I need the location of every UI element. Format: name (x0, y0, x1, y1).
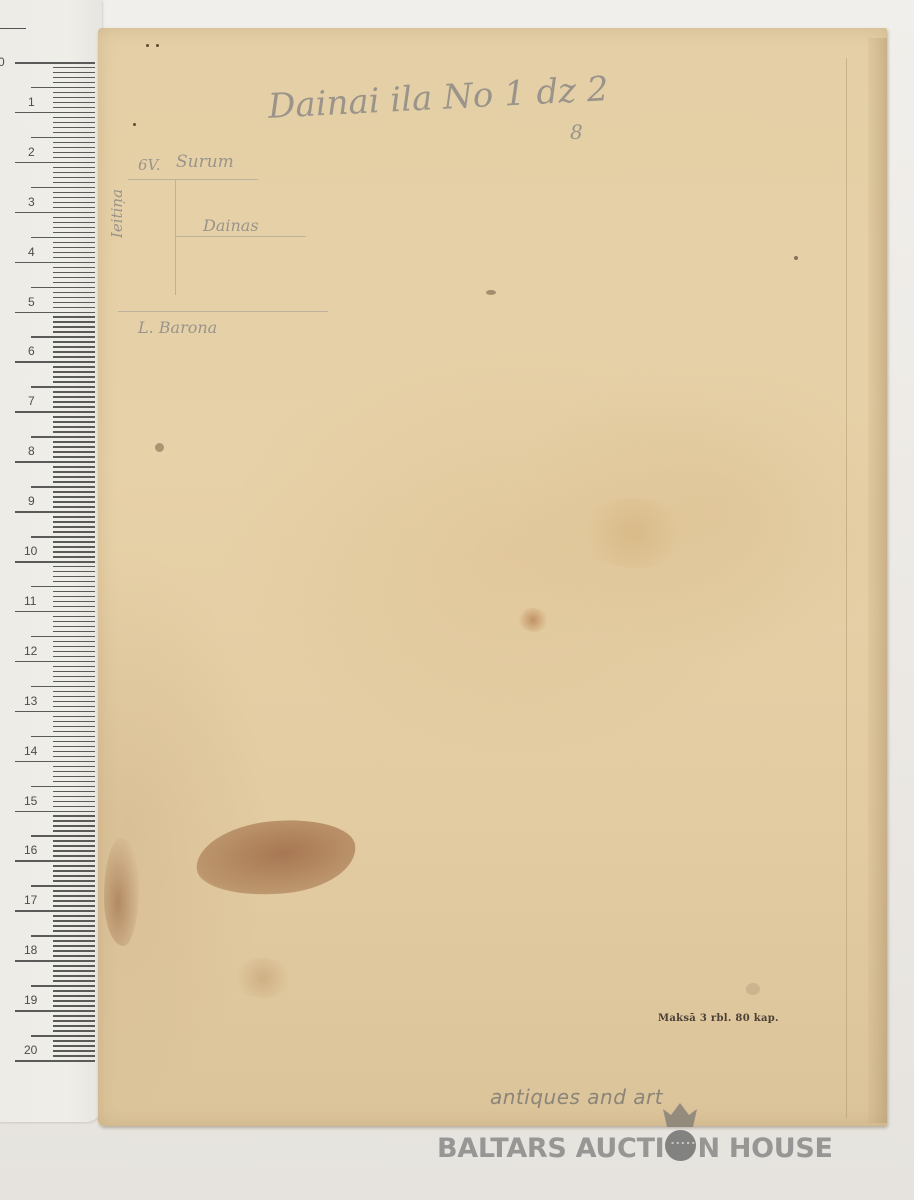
ruler-tick (31, 686, 95, 688)
ruler-tick (15, 411, 95, 413)
ruler-tick (53, 67, 95, 69)
ruler-tick (53, 197, 95, 199)
ruler-tick (53, 82, 95, 84)
ruler-label: 18 (24, 943, 37, 957)
ruler-tick (53, 701, 95, 703)
measuring-ruler: 01234567891011121314151617181920 (0, 0, 102, 1122)
ruler-tick (53, 331, 95, 333)
ruler-tick (53, 1015, 95, 1017)
ruler-tick (53, 601, 95, 603)
ruler-tick (53, 416, 95, 418)
ruler-tick (53, 556, 95, 558)
ruler-tick (53, 581, 95, 583)
ruler-tick (53, 292, 95, 294)
ruler-tick (31, 87, 95, 89)
ruler-tick (53, 177, 95, 179)
ruler-tick (31, 137, 95, 139)
ruler-tick (53, 501, 95, 503)
ruler-tick (53, 521, 95, 523)
ruler-tick (53, 242, 95, 244)
ruler-tick (53, 781, 95, 783)
ruler-tick (31, 187, 95, 189)
ruler-tick (15, 910, 95, 912)
ruler-tick (53, 282, 95, 284)
foxing-spot (486, 290, 496, 295)
ruler-tick (15, 661, 95, 663)
globe-icon (665, 1130, 696, 1161)
watermark-brand-part1: BALTARS AUCTI (437, 1133, 664, 1164)
ruler-tick (53, 257, 95, 259)
ruler-tick (53, 531, 95, 533)
ruler-tick (53, 496, 95, 498)
ruler-tick (53, 875, 95, 877)
pencil-rule (128, 179, 258, 180)
ruler-tick (53, 1050, 95, 1052)
ruler-tick (53, 706, 95, 708)
ruler-tick (53, 840, 95, 842)
ruler-tick (53, 666, 95, 668)
ruler-tick (53, 890, 95, 892)
ruler-tick (53, 391, 95, 393)
ruler-tick (53, 825, 95, 827)
ruler-tick (53, 975, 95, 977)
ruler-tick (53, 651, 95, 653)
ruler-tick (53, 421, 95, 423)
ruler-tick (53, 506, 95, 508)
ruler-tick (53, 232, 95, 234)
ruler-tick (15, 761, 95, 763)
ruler-label: 20 (24, 1043, 37, 1057)
ruler-tick (53, 796, 95, 798)
ruler-tick (53, 326, 95, 328)
ruler-tick (53, 341, 95, 343)
ruler-tick (15, 711, 95, 713)
ruler-tick (53, 1040, 95, 1042)
ruler-tick (31, 436, 95, 438)
ruler-tick (53, 865, 95, 867)
ruler-label: 7 (28, 394, 35, 408)
ruler-tick (53, 925, 95, 927)
ruler-tick (53, 316, 95, 318)
ruler-tick (53, 491, 95, 493)
ruler-tick (53, 571, 95, 573)
cover-fold-line (846, 58, 847, 1118)
ruler-tick (53, 751, 95, 753)
ruler-tick (53, 396, 95, 398)
ruler-tick (53, 801, 95, 803)
watermark-brand-part2: N HOUSE (697, 1133, 832, 1164)
ruler-tick (53, 172, 95, 174)
ruler-tick (53, 756, 95, 758)
ruler-tick (15, 461, 95, 463)
ruler-tick (53, 376, 95, 378)
ruler-tick (15, 112, 95, 114)
ruler-tick (15, 811, 95, 813)
ruler-tick (31, 287, 95, 289)
ruler-tick (53, 995, 95, 997)
ruler-tick (53, 117, 95, 119)
ruler-tick (31, 586, 95, 588)
ruler-tick (53, 1005, 95, 1007)
ruler-tick (53, 207, 95, 209)
ruler-tick (31, 835, 95, 837)
ruler-tick (53, 366, 95, 368)
ruler-tick (53, 726, 95, 728)
book-page-edge (868, 38, 887, 1123)
ruler-tick (53, 776, 95, 778)
ruler-tick (53, 626, 95, 628)
ruler-label: 11 (24, 594, 36, 608)
ruler-tick (53, 346, 95, 348)
handwritten-label-6v: 6V. (138, 156, 161, 174)
ruler-tick (53, 606, 95, 608)
ruler-tick (53, 456, 95, 458)
ruler-tick (53, 940, 95, 942)
ruler-tick (53, 1030, 95, 1032)
edge-stain (104, 838, 139, 946)
ruler-tick (53, 107, 95, 109)
ruler-tick (53, 1025, 95, 1027)
ruler-tick (53, 741, 95, 743)
ruler-tick (53, 591, 95, 593)
ruler-label: 14 (24, 744, 37, 758)
ruler-tick (53, 1020, 95, 1022)
ruler-tick (53, 646, 95, 648)
ruler-tick (15, 1060, 95, 1062)
ruler-label: 1 (28, 95, 35, 109)
small-stain (518, 608, 548, 632)
ruler-tick (53, 771, 95, 773)
ruler-tick (53, 945, 95, 947)
ruler-tick (53, 451, 95, 453)
ruler-tick (53, 696, 95, 698)
ruler-tick (15, 561, 95, 563)
ruler-tick (53, 576, 95, 578)
pencil-rule (176, 236, 306, 237)
ruler-tick (53, 830, 95, 832)
faint-stain (578, 498, 688, 568)
foxing-spot (746, 983, 760, 995)
ruler-tick (53, 222, 95, 224)
ruler-tick (53, 815, 95, 817)
ruler-tick (53, 541, 95, 543)
ruler-tick (53, 426, 95, 428)
ruler-tick (53, 481, 95, 483)
ruler-tick (53, 930, 95, 932)
ruler-label: 3 (28, 195, 35, 209)
ruler-tick (53, 252, 95, 254)
ruler-tick (15, 312, 95, 314)
ruler-tick (53, 920, 95, 922)
ruler-tick (53, 746, 95, 748)
ruler-tick (53, 691, 95, 693)
crown-icon (663, 1103, 697, 1127)
ruler-tick (53, 621, 95, 623)
ruler-tick (15, 860, 95, 862)
ruler-tick (53, 356, 95, 358)
foxing-spot (156, 44, 159, 47)
ruler-tick (53, 351, 95, 353)
ruler-tick (53, 566, 95, 568)
handwritten-dainas: Dainas (203, 216, 259, 235)
handwritten-subscript: 8 (570, 120, 583, 144)
ruler-tick (53, 895, 95, 897)
ruler-label: 16 (24, 843, 37, 857)
ruler-tick (15, 162, 95, 164)
ruler-tick (53, 526, 95, 528)
ruler-label: 19 (24, 993, 37, 1007)
ruler-tick (53, 381, 95, 383)
watermark-tagline: antiques and art (490, 1085, 663, 1109)
ruler-tick (53, 965, 95, 967)
ruler-tick (53, 97, 95, 99)
ruler-tick (53, 267, 95, 269)
ruler-tick (31, 336, 95, 338)
ruler-tick (53, 681, 95, 683)
handwritten-title: Dainai ila No 1 dz 2 (267, 69, 609, 127)
ruler-label: 12 (24, 644, 37, 658)
ruler-tick (53, 476, 95, 478)
water-stain (193, 813, 360, 902)
ruler-tick (53, 900, 95, 902)
ruler-tick (31, 736, 95, 738)
ruler-tick (53, 850, 95, 852)
ruler-tick (53, 820, 95, 822)
faint-stain (233, 958, 293, 998)
ruler-label: 10 (24, 544, 37, 558)
ruler-tick (53, 127, 95, 129)
ruler-tick (53, 147, 95, 149)
ruler-tick (53, 656, 95, 658)
ruler-tick (53, 880, 95, 882)
ruler-tick (53, 1000, 95, 1002)
ruler-tick (53, 446, 95, 448)
ruler-tick (53, 272, 95, 274)
ruler-label: 5 (28, 295, 35, 309)
pencil-rule (118, 311, 328, 312)
ruler-tick (15, 511, 95, 513)
price-label: Maksā 3 rbl. 80 kap. (658, 1013, 779, 1024)
ruler-label: 15 (24, 794, 37, 808)
ruler-label: 4 (28, 245, 35, 259)
ruler-tick (53, 72, 95, 74)
ruler-tick (53, 247, 95, 249)
handwritten-barona: L. Barona (138, 318, 217, 337)
ruler-tick (53, 766, 95, 768)
ruler-label: 8 (28, 444, 35, 458)
ruler-tick (53, 142, 95, 144)
watermark-brand: BALTARS AUCTIN HOUSE (437, 1130, 833, 1164)
ruler-tick (53, 845, 95, 847)
ruler-tick (31, 386, 95, 388)
book-back-cover: Dainai ila No 1 dz 2 8 6V. Surum Dainas … (98, 28, 887, 1126)
ruler-tick (53, 431, 95, 433)
foxing-spot (794, 256, 798, 260)
ruler-tick (53, 277, 95, 279)
ruler-tick (53, 616, 95, 618)
ruler-tick (53, 950, 95, 952)
ruler-tick (53, 855, 95, 857)
ruler-tick (53, 791, 95, 793)
ruler-tick (53, 516, 95, 518)
ruler-tick (53, 721, 95, 723)
ruler-tick (53, 1055, 95, 1057)
ruler-tick (53, 1045, 95, 1047)
ruler-tick (53, 92, 95, 94)
ruler-tick (53, 980, 95, 982)
ruler-tick (53, 990, 95, 992)
ruler-tick (53, 716, 95, 718)
ruler-tick (31, 536, 95, 538)
ruler-tick (53, 132, 95, 134)
ruler-label: 17 (24, 893, 37, 907)
ruler-tick (53, 192, 95, 194)
ruler-tick (31, 237, 95, 239)
ruler-tick (53, 806, 95, 808)
handwritten-vertical: Ieitiņa (108, 189, 126, 238)
ruler-tick (53, 970, 95, 972)
ruler-label: 0 (0, 55, 5, 69)
ruler-tick (53, 371, 95, 373)
ruler-tick (53, 182, 95, 184)
ruler-tick (53, 401, 95, 403)
ruler-tick (31, 885, 95, 887)
ruler-tick (15, 212, 95, 214)
ruler-label: 13 (24, 694, 37, 708)
ruler-tick (53, 596, 95, 598)
ruler-tick (15, 1010, 95, 1012)
ruler-tick (53, 217, 95, 219)
ruler-tick (53, 122, 95, 124)
ruler-tick (53, 297, 95, 299)
ruler-tick (31, 1035, 95, 1037)
ruler-tick (53, 546, 95, 548)
ruler-tick (53, 77, 95, 79)
ruler-tick (15, 361, 95, 363)
handwritten-surum: Surum (176, 152, 234, 172)
foxing-spot (133, 123, 136, 126)
ruler-tick (31, 636, 95, 638)
ruler-tick (53, 302, 95, 304)
ruler-tick (15, 262, 95, 264)
ruler-tick (53, 915, 95, 917)
ruler-tick (53, 671, 95, 673)
ruler-tick (31, 786, 95, 788)
ruler-tick (53, 641, 95, 643)
ruler-tick (15, 960, 95, 962)
ruler-tick (31, 486, 95, 488)
ruler-tick (53, 631, 95, 633)
ruler-top-line (0, 28, 26, 29)
ruler-tick (15, 611, 95, 613)
ruler-tick (53, 202, 95, 204)
foxing-spot (155, 443, 164, 452)
ruler-tick (53, 870, 95, 872)
ruler-tick (53, 167, 95, 169)
ruler-tick (53, 152, 95, 154)
ruler-tick (53, 905, 95, 907)
ruler-tick (53, 471, 95, 473)
ruler-tick (53, 157, 95, 159)
ruler-tick (31, 935, 95, 937)
ruler-tick (31, 985, 95, 987)
ruler-tick (53, 102, 95, 104)
ruler-tick (53, 466, 95, 468)
ruler-tick (53, 676, 95, 678)
ruler-tick (53, 731, 95, 733)
ruler-label: 9 (28, 494, 35, 508)
ruler-tick (15, 62, 95, 64)
ruler-tick (53, 321, 95, 323)
ruler-tick (53, 441, 95, 443)
ruler-tick (53, 406, 95, 408)
pencil-rule (175, 180, 176, 295)
ruler-tick (53, 227, 95, 229)
ruler-tick (53, 955, 95, 957)
ruler-tick (53, 551, 95, 553)
foxing-spot (146, 44, 149, 47)
ruler-label: 6 (28, 344, 35, 358)
ruler-label: 2 (28, 145, 35, 159)
ruler-tick (53, 307, 95, 309)
